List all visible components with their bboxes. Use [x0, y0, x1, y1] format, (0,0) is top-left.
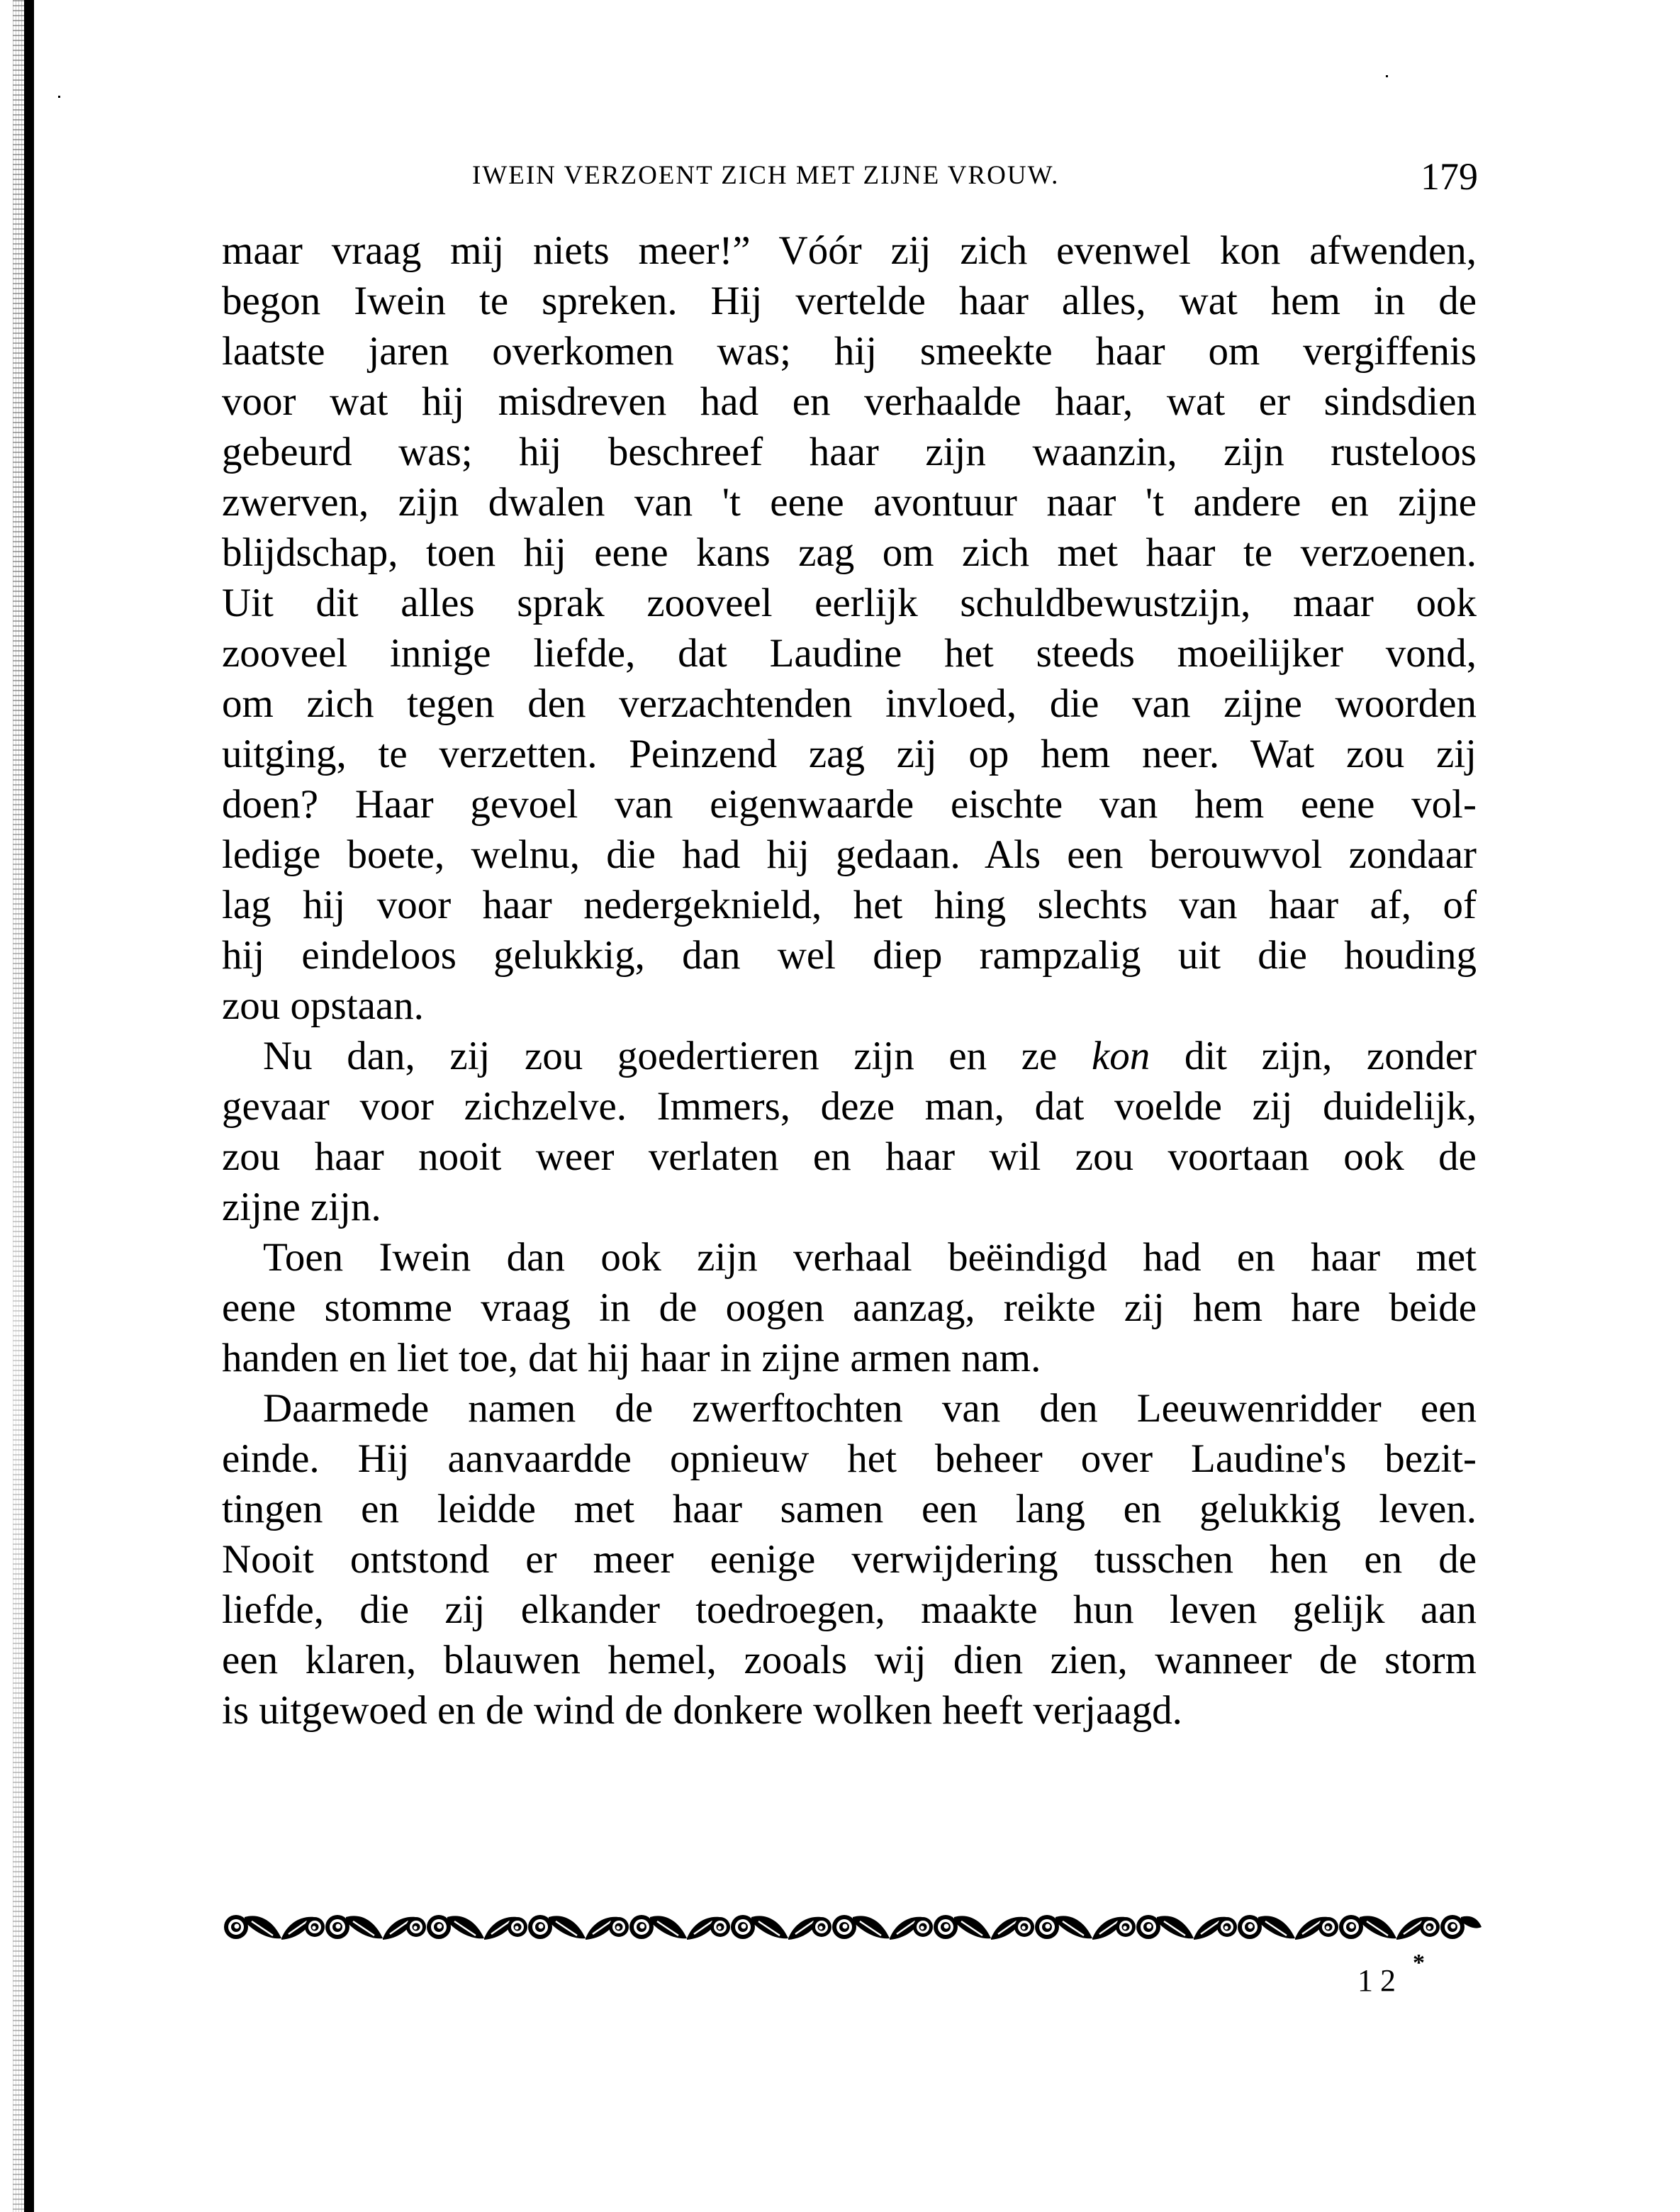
- text-line: ledige boete, welnu, die had hij gedaan.…: [222, 834, 1477, 876]
- text-line: een klaren, blauwen hemel, zooals wij di…: [222, 1639, 1477, 1682]
- text-line-paragraph-end: is uitgewoed en de wind de donkere wolke…: [222, 1689, 1477, 1732]
- text-line: lag hij voor haar nedergeknield, het hin…: [222, 884, 1477, 927]
- text-line: voor wat hij misdreven had en verhaalde …: [222, 381, 1477, 423]
- text-line-paragraph-start: Daarmede namen de zwerftochten van den L…: [222, 1387, 1477, 1430]
- text-line: Nooit ontstond er meer eenige verwijderi…: [222, 1538, 1477, 1581]
- text-line: Uit dit alles sprak zooveel eerlijk schu…: [222, 582, 1477, 625]
- text-line: einde. Hij aanvaardde opnieuw het beheer…: [222, 1438, 1477, 1480]
- signature-asterisk: *: [1413, 1951, 1425, 1975]
- text-line: zwerven, zijn dwalen van 't eene avontuu…: [222, 481, 1477, 524]
- text-segment: Nu dan, zij zou goedertieren zijn en ze: [263, 1034, 1092, 1078]
- text-line: liefde, die zij elkander toedroegen, maa…: [222, 1589, 1477, 1631]
- text-line: zou haar nooit weer verlaten en haar wil…: [222, 1136, 1477, 1178]
- running-head: IWEIN VERZOENT ZICH MET ZIJNE VROUW.: [472, 162, 1059, 190]
- text-line: begon Iwein te spreken. Hij vertelde haa…: [222, 280, 1477, 323]
- page-number: 179: [1407, 157, 1478, 196]
- text-line: zooveel innige liefde, dat Laudine het s…: [222, 632, 1477, 675]
- text-segment: dit zijn, zonder: [1150, 1034, 1477, 1078]
- text-line-paragraph-end: zijne zijn.: [222, 1186, 1477, 1229]
- text-line-paragraph-start: Toen Iwein dan ook zijn verhaal beëindig…: [222, 1236, 1477, 1279]
- spiral-and-leaf-border-icon: [223, 1911, 1482, 1943]
- text-line: blijdschap, toen hij eene kans zag om zi…: [222, 532, 1477, 574]
- text-line: uitging, te verzetten. Peinzend zag zij …: [222, 733, 1477, 776]
- binding-shadow: [24, 0, 34, 2212]
- text-line: maar vraag mij niets meer!” Vóór zij zic…: [222, 230, 1477, 272]
- text-line: gebeurd was; hij beschreef haar zijn waa…: [222, 431, 1477, 474]
- text-line: laatste jaren overkomen was; hij smeekte…: [222, 330, 1477, 373]
- book-page: IWEIN VERZOENT ZICH MET ZIJNE VROUW. 179…: [0, 0, 1680, 2212]
- text-line: hij eindeloos gelukkig, dan wel diep ram…: [222, 934, 1477, 977]
- text-line-paragraph-end: handen en liet toe, dat hij haar in zijn…: [222, 1337, 1477, 1380]
- text-line-paragraph-start: Nu dan, zij zou goedertieren zijn en ze …: [222, 1035, 1477, 1078]
- emphasis-text: kon: [1092, 1034, 1150, 1078]
- text-line: eene stomme vraag in de oogen aanzag, re…: [222, 1287, 1477, 1329]
- scan-speck: [58, 96, 60, 98]
- text-line: om zich tegen den verzachtenden invloed,…: [222, 683, 1477, 725]
- scan-speck: [1386, 75, 1388, 77]
- text-line: tingen en leidde met haar samen een lang…: [222, 1488, 1477, 1531]
- signature-mark: 12: [1357, 1965, 1403, 1996]
- text-line: doen? Haar gevoel van eigenwaarde eischt…: [222, 783, 1477, 826]
- text-line-paragraph-end: zou opstaan.: [222, 985, 1477, 1027]
- text-line: gevaar voor zichzelve. Immers, deze man,…: [222, 1085, 1477, 1128]
